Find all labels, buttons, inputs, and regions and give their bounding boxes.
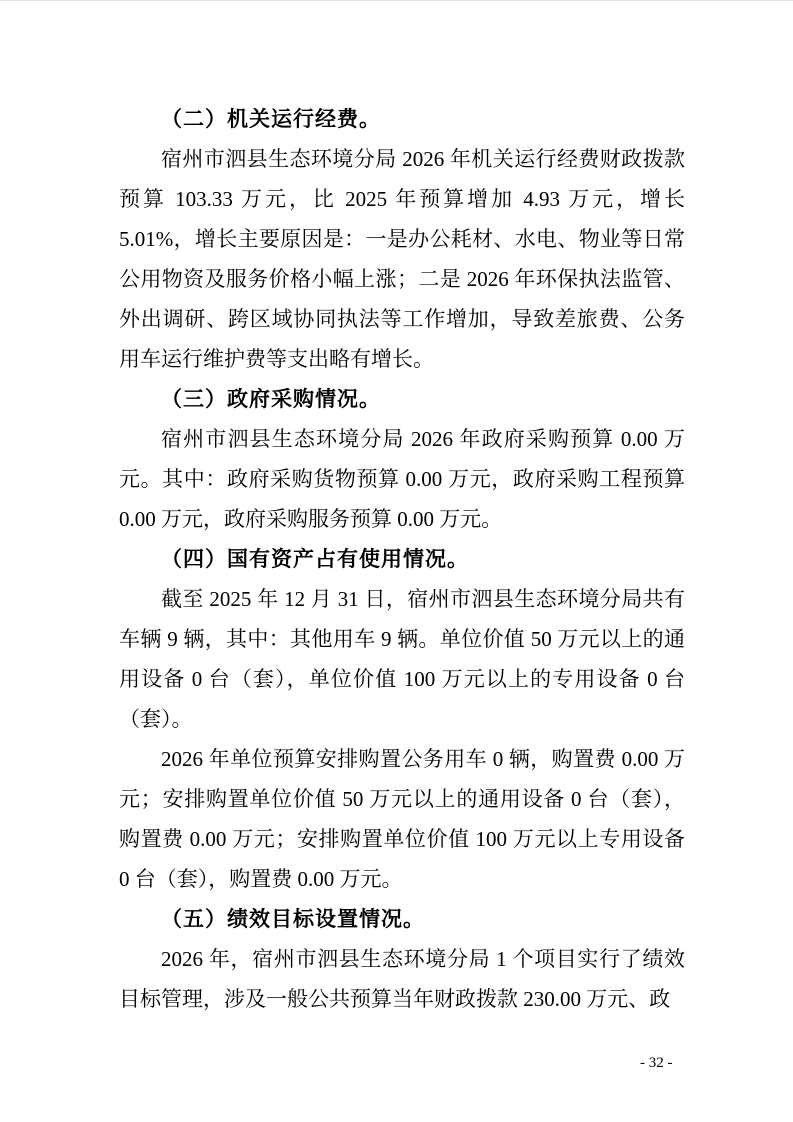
paragraph-line: 宿州市泗县生态环境分局 2026 年政府采购预算 0.00 万 [119,419,685,459]
paragraph-line: 5.01%，增长主要原因是：一是办公耗材、水电、物业等日常 [119,219,685,259]
section-heading: （二）机关运行经费。 [119,99,685,139]
paragraph-line: 目标管理，涉及一般公共预算当年财政拨款 230.00 万元、政 [119,979,685,1019]
paragraph-line: （套）。 [119,699,685,739]
paragraph-line: 车辆 9 辆，其中：其他用车 9 辆。单位价值 50 万元以上的通 [119,619,685,659]
paragraph-line: 用设备 0 台（套），单位价值 100 万元以上的专用设备 0 台 [119,659,685,699]
paragraph-line: 元；安排购置单位价值 50 万元以上的通用设备 0 台（套）， [119,779,685,819]
section-heading: （四）国有资产占有使用情况。 [119,539,685,579]
paragraph-line: 2026 年单位预算安排购置公务用车 0 辆，购置费 0.00 万 [119,739,685,779]
paragraph-line: 预算 103.33 万元，比 2025 年预算增加 4.93 万元，增长 [119,179,685,219]
paragraph-line: 购置费 0.00 万元；安排购置单位价值 100 万元以上专用设备 [119,819,685,859]
paragraph-line: 用车运行维护费等支出略有增长。 [119,339,685,379]
paragraph-line: 0.00 万元，政府采购服务预算 0.00 万元。 [119,499,685,539]
document-page: （二）机关运行经费。宿州市泗县生态环境分局 2026 年机关运行经费财政拨款预算… [0,0,793,1122]
paragraph-line: 2026 年，宿州市泗县生态环境分局 1 个项目实行了绩效 [119,939,685,979]
document-body: （二）机关运行经费。宿州市泗县生态环境分局 2026 年机关运行经费财政拨款预算… [119,99,685,1019]
page-number: - 32 - [640,1053,673,1073]
paragraph-line: 元。其中：政府采购货物预算 0.00 万元，政府采购工程预算 [119,459,685,499]
section-heading: （三）政府采购情况。 [119,379,685,419]
paragraph-line: 截至 2025 年 12 月 31 日，宿州市泗县生态环境分局共有 [119,579,685,619]
paragraph-line: 外出调研、跨区域协同执法等工作增加，导致差旅费、公务 [119,299,685,339]
section-heading: （五）绩效目标设置情况。 [119,899,685,939]
paragraph-line: 宿州市泗县生态环境分局 2026 年机关运行经费财政拨款 [119,139,685,179]
paragraph-line: 0 台（套），购置费 0.00 万元。 [119,859,685,899]
paragraph-line: 公用物资及服务价格小幅上涨；二是 2026 年环保执法监管、 [119,259,685,299]
